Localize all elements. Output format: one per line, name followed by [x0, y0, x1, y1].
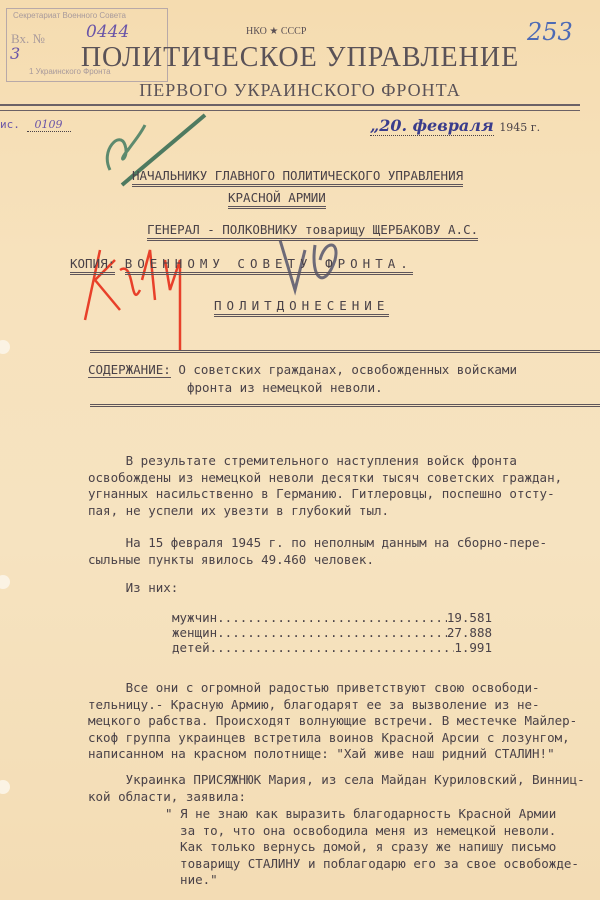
text-line: пая, не успели их увезти в глубокий тыл. [88, 503, 562, 520]
subject-line2: фронта из немецкой неволи. [187, 380, 383, 397]
stat-label: женщин [172, 625, 217, 640]
red-handwritten-annotation [80, 230, 200, 360]
paragraph-2: На 15 февраля 1945 г. по неполным данным… [88, 535, 547, 568]
stat-value: 27.888 [447, 625, 492, 640]
text-line: освобождены из немецкой неволи десятки т… [88, 470, 562, 487]
outgoing-number: 0109 [27, 118, 71, 132]
text-line: за то, что она освободила меня из немецк… [165, 823, 579, 840]
agency-label: НКО ★ СССР [246, 26, 306, 37]
text-line: товарищу СТАЛИНУ и поблагодарю его за св… [165, 856, 579, 873]
text-line: " Я не знаю как выразить благодарность К… [165, 806, 579, 823]
text-line: мецкого рабства. Происходят волнующие вс… [88, 713, 577, 730]
addressee-line3: ГЕНЕРАЛ - ПОЛКОВНИКУ товарищу ЩЕРБАКОВУ … [147, 222, 478, 237]
stamp-org: Секретариат Военного Совета [13, 11, 126, 20]
stat-row: мужчин..................................… [172, 610, 492, 625]
stat-label: мужчин [172, 610, 217, 625]
text-line: написанном на красном полотнище: "Хай жи… [88, 746, 577, 763]
quote: " Я не знаю как выразить благодарность К… [165, 806, 579, 889]
leader-dots: ........................................… [210, 640, 455, 655]
outgoing-label: ис. [0, 118, 20, 131]
stat-row: женщин..................................… [172, 625, 492, 640]
text-line: Как только вернусь домой, я сразу же нап… [165, 839, 579, 856]
copy-to: ВОЕННОМУ СОВЕТУ ФРОНТА. [125, 256, 413, 275]
text-line: кой области, заявила: [88, 789, 585, 806]
paragraph-4: Украинка ПРИСЯЖНЮК Мария, из села Майдан… [88, 772, 585, 805]
punch-hole [0, 575, 10, 589]
stats-list: мужчин..................................… [172, 610, 492, 655]
paragraph-3: Все они с огромной радостью приветствуют… [88, 680, 577, 763]
date-year: 1945 г. [499, 121, 540, 134]
text-line: На 15 февраля 1945 г. по неполным данным… [88, 535, 547, 552]
letterhead-subtitle: ПЕРВОГО УКРАИНСКОГО ФРОНТА [0, 80, 600, 101]
stat-label: детей [172, 640, 210, 655]
text-line: ние." [165, 872, 579, 889]
document-type: ПОЛИТДОНЕСЕНИЕ [214, 298, 389, 313]
header-rule [0, 104, 580, 106]
copy-label: КОПИЯ: [70, 256, 115, 275]
of-them-label: Из них: [88, 580, 178, 597]
text-line: сыльные пункты явилось 49.460 человек. [88, 552, 547, 569]
text-line: угнанных насильственно в Германию. Гитле… [88, 486, 562, 503]
leader-dots: ........................................… [217, 610, 447, 625]
subject: СОДЕРЖАНИЕ: О советских гражданах, освоб… [88, 362, 517, 379]
paragraph-1: В результате стремительного наступления … [88, 453, 562, 519]
subject-separator-bottom [90, 404, 600, 407]
outgoing-number-field: ис. 0109 [0, 118, 71, 131]
header-rule-thin [0, 110, 580, 111]
stat-value: 1.991 [454, 640, 492, 655]
stat-row: детей...................................… [172, 640, 492, 655]
date-day-month: „20. февраля [370, 116, 494, 136]
text-line: тельницу.- Красную Армию, благодарят ее … [88, 697, 577, 714]
text-line: В результате стремительного наступления … [88, 453, 562, 470]
incoming-number: 0444 [86, 22, 129, 42]
copy-line: КОПИЯ: ВОЕННОМУ СОВЕТУ ФРОНТА. [70, 256, 413, 271]
punch-hole [0, 780, 10, 794]
stat-value: 19.581 [447, 610, 492, 625]
leader-dots: ........................................… [217, 625, 447, 640]
addressee-line1: НАЧАЛЬНИКУ ГЛАВНОГО ПОЛИТИЧЕСКОГО УПРАВЛ… [132, 168, 463, 183]
letterhead-title: ПОЛИТИЧЕСКОЕ УПРАВЛЕНИЕ [0, 42, 600, 74]
text-line: скоф группа украинцев встретила воинов К… [88, 730, 577, 747]
document-date: „20. февраля 1945 г. [370, 116, 540, 135]
subject-separator-top [90, 350, 600, 353]
punch-hole [0, 340, 10, 354]
subject-label: СОДЕРЖАНИЕ: [88, 362, 171, 378]
text-line: Все они с огромной радостью приветствуют… [88, 680, 577, 697]
text-line: Украинка ПРИСЯЖНЮК Мария, из села Майдан… [88, 772, 585, 789]
page-number: 253 [527, 18, 573, 46]
addressee-line2: КРАСНОЙ АРМИИ [228, 190, 326, 205]
